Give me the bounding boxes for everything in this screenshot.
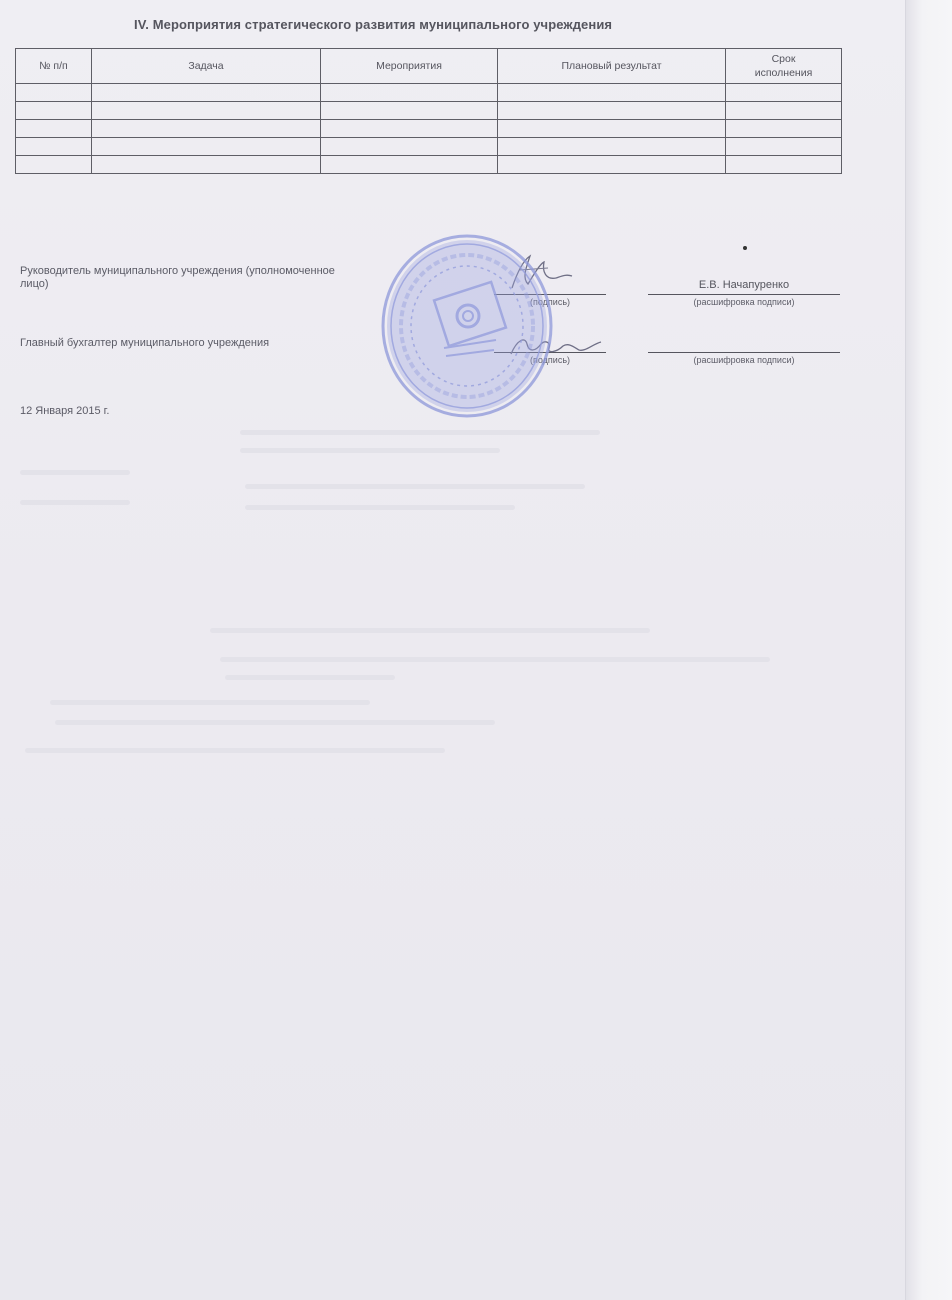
table-cell — [498, 156, 726, 174]
column-header-deadline: Срок исполнения — [726, 49, 842, 84]
table-cell — [16, 138, 92, 156]
table-cell — [726, 138, 842, 156]
head-label-line1: Руководитель муниципального учреждения (… — [20, 265, 335, 277]
table-row — [16, 156, 842, 174]
bleedthrough-text — [245, 484, 585, 489]
table-cell — [498, 138, 726, 156]
bleedthrough-text — [20, 470, 130, 475]
document-page: IV. Мероприятия стратегического развития… — [0, 0, 905, 1300]
table-cell — [92, 120, 321, 138]
official-seal-icon — [378, 228, 556, 420]
column-header-number: № п/п — [16, 49, 92, 84]
deadline-header-line2: исполнения — [755, 67, 813, 79]
accountant-name-caption: (расшифровка подписи) — [648, 355, 840, 365]
table-cell — [16, 120, 92, 138]
bleedthrough-text — [240, 448, 500, 453]
head-name-line — [648, 294, 840, 295]
table-cell — [726, 120, 842, 138]
table-cell — [498, 102, 726, 120]
bleedthrough-text — [50, 700, 370, 705]
table-cell — [498, 84, 726, 102]
head-name-caption: (расшифровка подписи) — [648, 297, 840, 307]
column-header-measures: Мероприятия — [321, 49, 498, 84]
bleedthrough-text — [240, 430, 600, 435]
column-header-planned-result: Плановый результат — [498, 49, 726, 84]
table-cell — [16, 84, 92, 102]
table-cell — [92, 138, 321, 156]
head-label-line2: лицо) — [20, 278, 49, 290]
ink-dot — [743, 246, 747, 250]
scanner-page-edge — [905, 0, 952, 1300]
bleedthrough-text — [20, 500, 130, 505]
bleedthrough-text — [55, 720, 495, 725]
table-cell — [321, 156, 498, 174]
strategic-measures-table: № п/п Задача Мероприятия Плановый резуль… — [15, 48, 842, 174]
table-header-row: № п/п Задача Мероприятия Плановый резуль… — [16, 49, 842, 84]
table-cell — [92, 102, 321, 120]
bleedthrough-text — [210, 628, 650, 633]
table-row — [16, 102, 842, 120]
table-cell — [321, 120, 498, 138]
bleedthrough-text — [225, 675, 395, 680]
table-cell — [321, 84, 498, 102]
table-cell — [321, 102, 498, 120]
accountant-signatory-label: Главный бухгалтер муниципального учрежде… — [20, 337, 440, 350]
table-row — [16, 138, 842, 156]
table-cell — [726, 84, 842, 102]
table-row — [16, 84, 842, 102]
table-cell — [92, 84, 321, 102]
table-cell — [16, 102, 92, 120]
bleedthrough-text — [245, 505, 515, 510]
head-signatory-name: Е.В. Начапуренко — [648, 279, 840, 291]
table-cell — [726, 102, 842, 120]
table-cell — [16, 156, 92, 174]
head-signatory-label: Руководитель муниципального учреждения (… — [20, 265, 440, 291]
document-date: 12 Января 2015 г. — [20, 405, 109, 418]
table-cell — [92, 156, 321, 174]
table-cell — [726, 156, 842, 174]
bleedthrough-text — [25, 748, 445, 753]
table-cell — [498, 120, 726, 138]
deadline-header-line1: Срок — [772, 53, 796, 65]
section-title: IV. Мероприятия стратегического развития… — [134, 17, 612, 32]
accountant-name-line — [648, 352, 840, 353]
table-cell — [321, 138, 498, 156]
column-header-task: Задача — [92, 49, 321, 84]
bleedthrough-text — [220, 657, 770, 662]
table-row — [16, 120, 842, 138]
